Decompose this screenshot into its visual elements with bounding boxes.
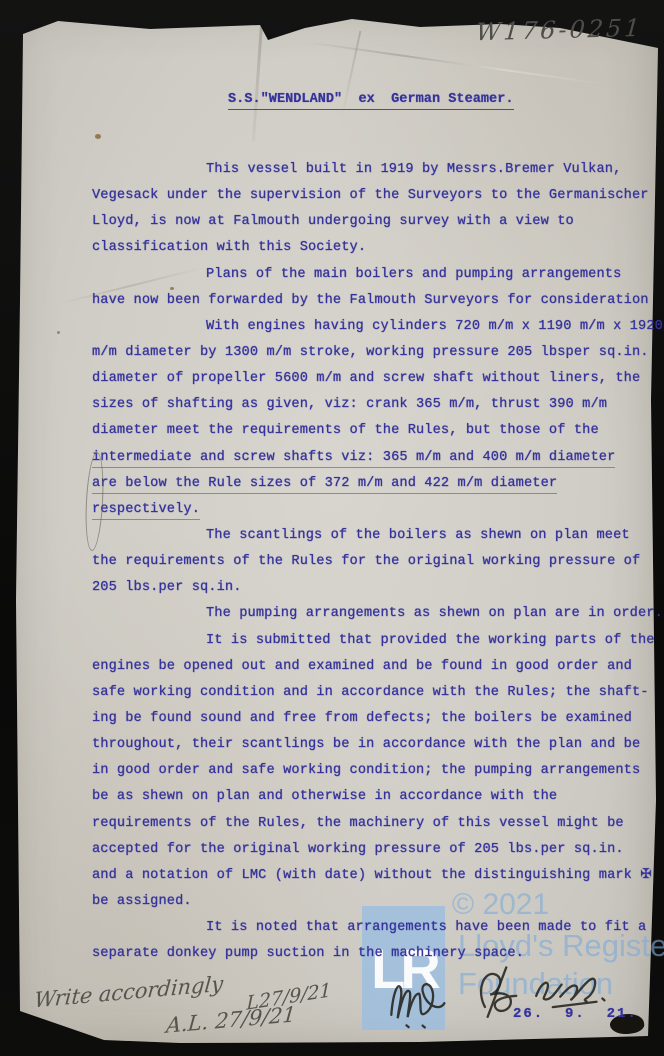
typed-line: accepted for the original working pressu… [92,837,658,863]
typed-line: Lloyd, is now at Falmouth undergoing sur… [92,209,658,235]
typed-line: It is noted that arrangements have been … [92,915,658,941]
typed-line: classification with this Society. [92,235,658,261]
typed-line: This vessel built in 1919 by Messrs.Brem… [92,157,658,183]
signature-icon [383,969,453,1033]
typed-line: diameter of propeller 5600 m/m and screw… [92,366,658,392]
typed-line: Plans of the main boilers and pumping ar… [92,262,658,288]
typed-line: be as shewn on plan and otherwise in acc… [92,784,658,810]
typed-line: separate donkey pump suction in the mach… [92,941,658,967]
typed-line: respectively. [92,497,658,523]
typed-line: intermediate and screw shafts viz: 365 m… [92,445,658,471]
typed-line: With engines having cylinders 720 m/m x … [92,314,658,340]
typed-line: The scantlings of the boilers as shewn o… [92,523,658,549]
foxing-spot [95,134,101,139]
foxing-spot [57,331,60,334]
typed-line: sizes of shafting as given, viz: crank 3… [92,392,658,418]
typed-line: and a notation of LMC (with date) withou… [92,863,658,889]
typed-line: ing be found sound and free from defects… [92,706,658,732]
typed-line: be assigned. [92,889,658,915]
typed-line: The pumping arrangements as shewn on pla… [92,601,658,627]
typed-line: diameter meet the requirements of the Ru… [92,418,658,444]
typed-line: engines be opened out and examined and b… [92,654,658,680]
typed-line: have now been forwarded by the Falmouth … [92,288,658,314]
typed-line: Vegesack under the supervision of the Su… [92,183,658,209]
typed-date: 26. 9. 21. [513,1006,638,1022]
typed-line: m/m diameter by 1300 m/m stroke, working… [92,340,658,366]
paper-crease [252,22,263,142]
typed-line: in good order and safe working condition… [92,758,658,784]
typed-line: safe working condition and in accordance… [92,680,658,706]
page-title: S.S."WENDLAND" ex German Steamer. [228,92,514,110]
typed-line: the requirements of the Rules for the or… [92,549,658,575]
typed-line: 205 lbs.per sq.in. [92,575,658,601]
typed-lines: This vessel built in 1919 by Messrs.Brem… [92,157,658,967]
typed-line: are below the Rule sizes of 372 m/m and … [92,471,658,497]
archive-ref-number: W176-0251 [475,14,644,46]
typed-line: throughout, their scantlings be in accor… [92,732,658,758]
paper-crease [301,40,608,85]
typed-line: It is submitted that provided the workin… [92,628,658,654]
typed-line: requirements of the Rules, the machinery… [92,811,658,837]
